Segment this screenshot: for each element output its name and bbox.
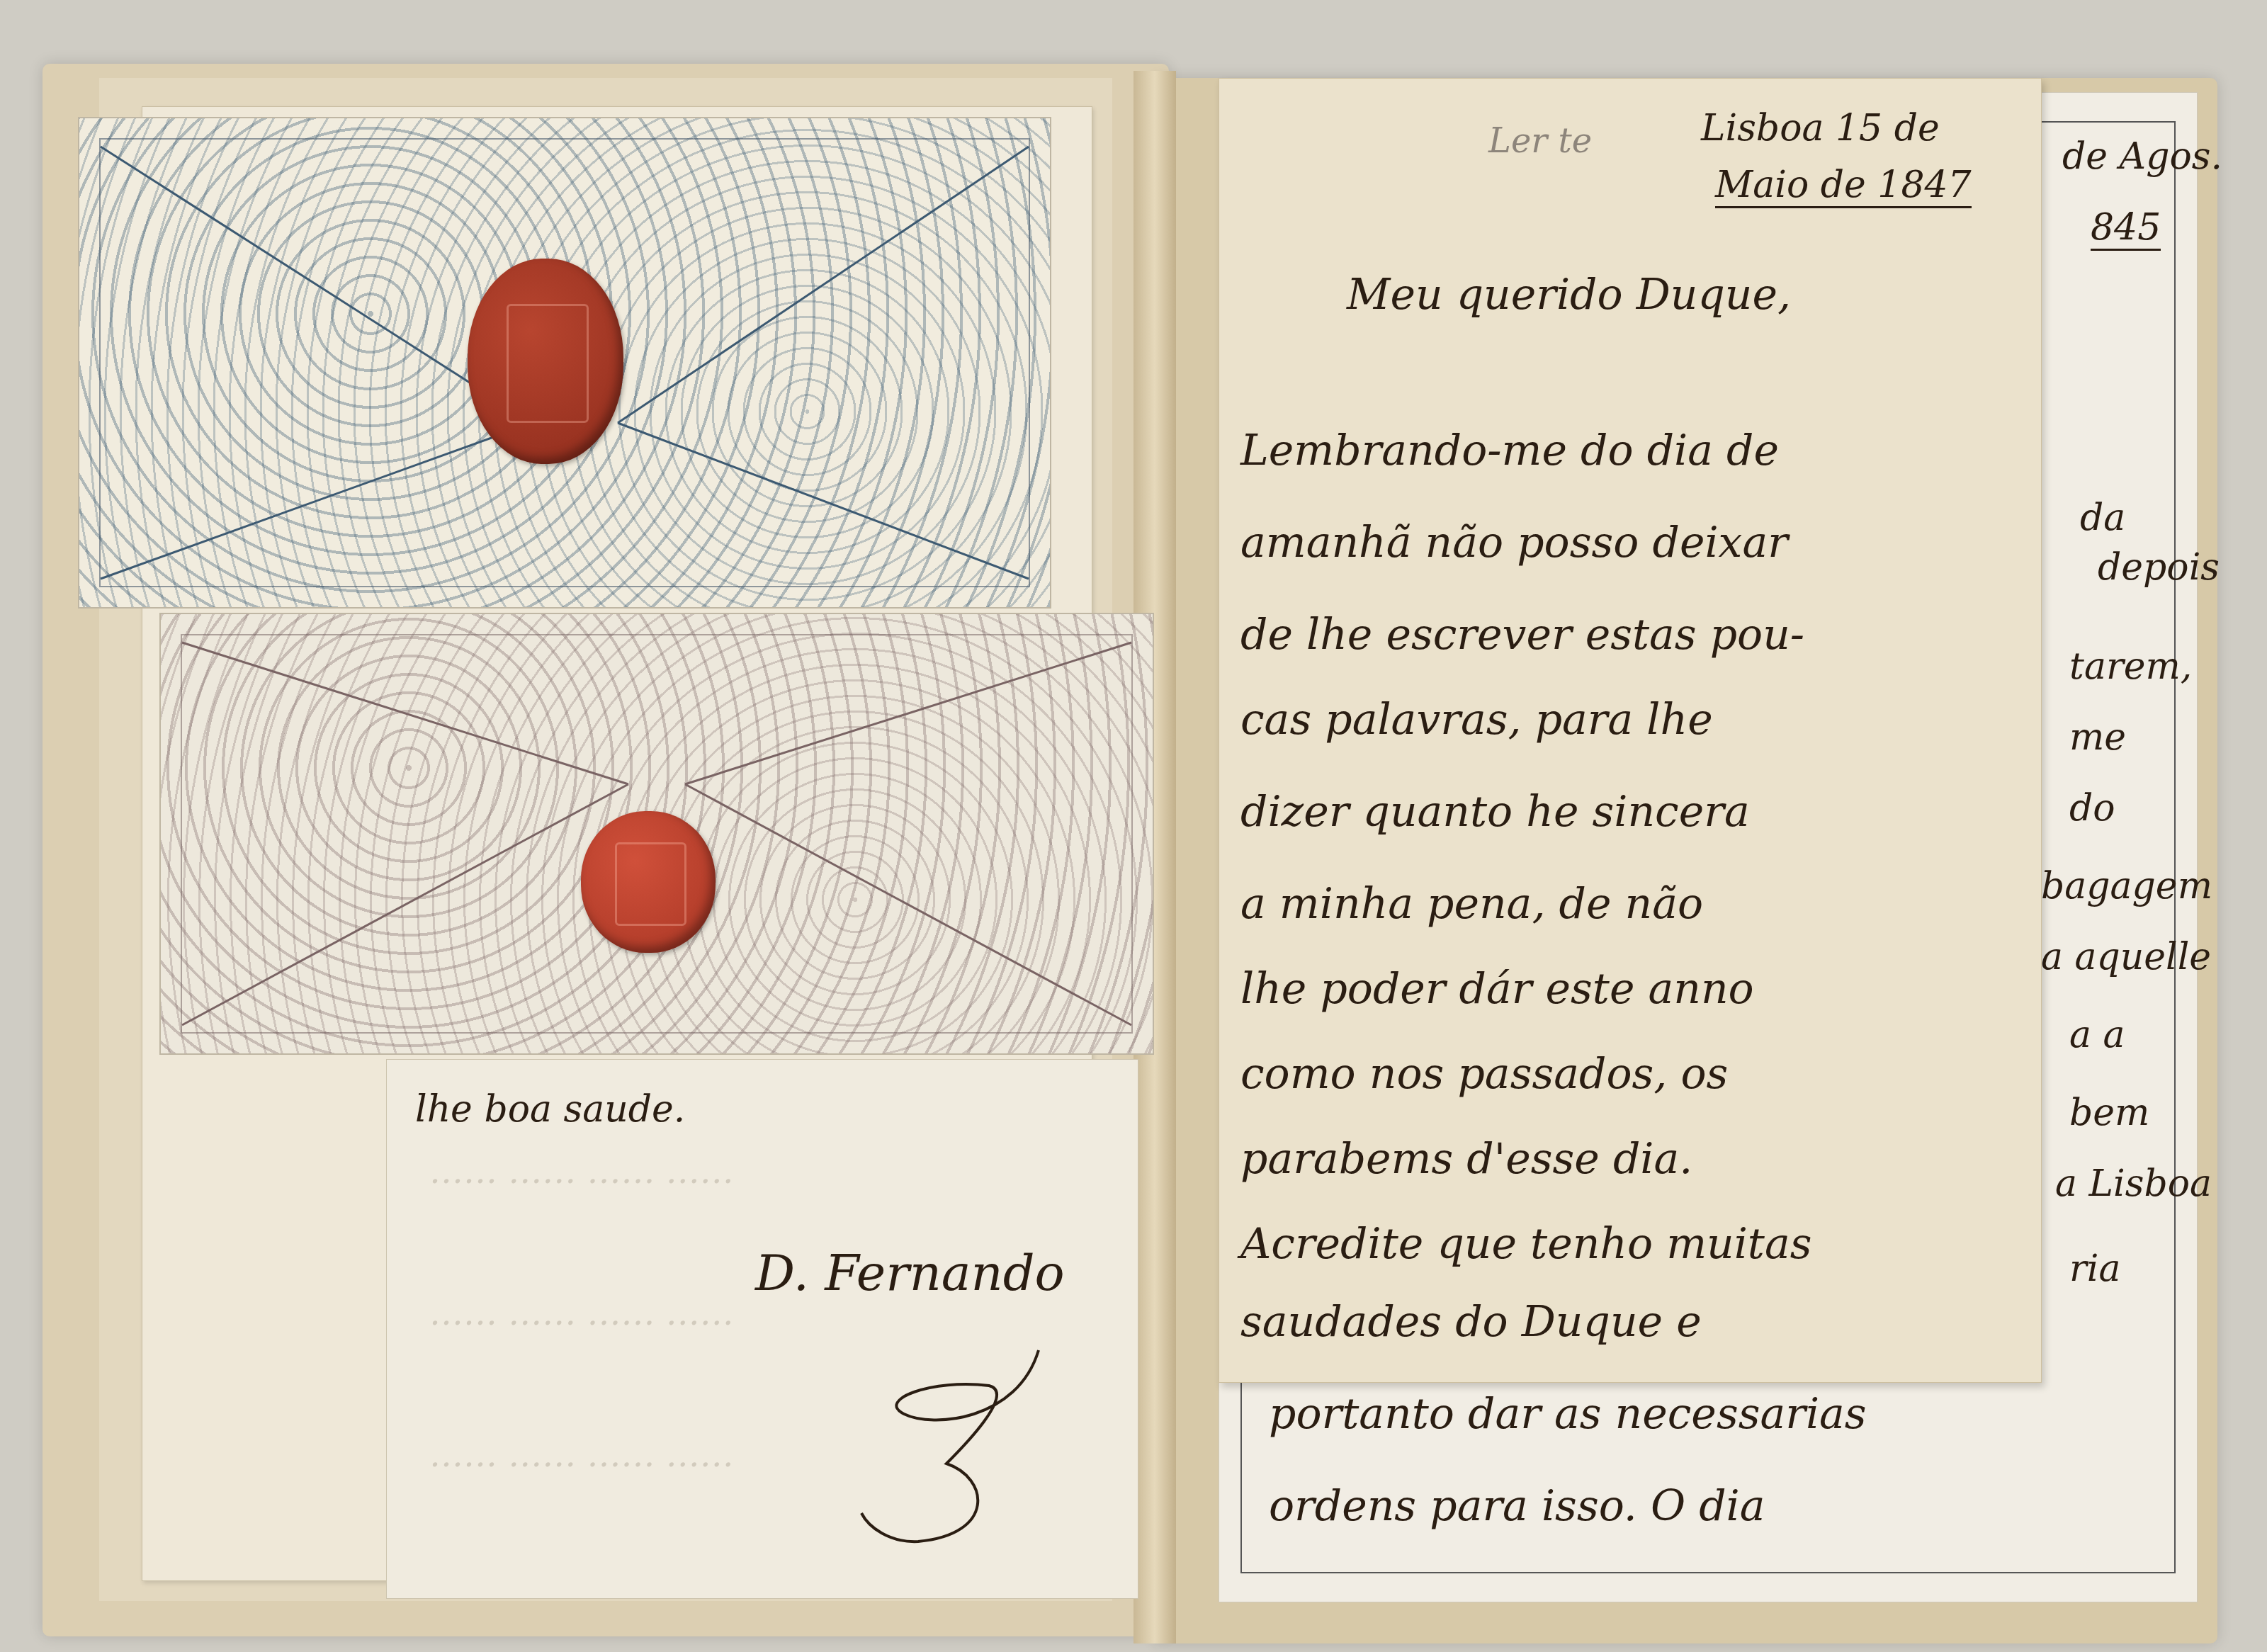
wax-seal-crest-icon: [468, 259, 623, 464]
bleed-through-text: …… …… …… ……: [429, 1152, 734, 1192]
signed-letter: …… …… …… …… …… …… …… …… …… …… …… …… lhe …: [386, 1059, 1138, 1599]
letter-line: saudades do Duque e: [1240, 1297, 1702, 1347]
letter-line: lhe poder dár este anno: [1240, 964, 1754, 1014]
bleed-through-text: …… …… …… ……: [429, 1294, 734, 1333]
letter-line: a minha pena, de não: [1240, 879, 1703, 929]
signature: D. Fernando: [755, 1244, 1065, 1302]
letter-line: portanto dar as necessarias: [1269, 1389, 1867, 1439]
text-fragment: me: [2069, 716, 2126, 759]
pencil-note: Ler te: [1488, 121, 1592, 161]
date-line: Lisboa 15 de: [1701, 107, 1940, 149]
text-fragment: depois: [2098, 546, 2220, 589]
crest-icon: [507, 304, 589, 423]
main-letter: Ler te Lisboa 15 de Maio de 1847 Meu que…: [1219, 78, 2042, 1383]
date-line: Maio de 1847: [1715, 164, 1972, 208]
wax-seal-crown-shield-icon: [581, 811, 716, 953]
bleed-through-text: …… …… …… ……: [429, 1435, 734, 1475]
signature-flourish-icon: [847, 1336, 1060, 1549]
letter-line: parabems d'esse dia.: [1240, 1134, 1692, 1184]
text-fragment: bem: [2069, 1092, 2149, 1134]
crest-icon: [615, 842, 686, 926]
text-fragment: a Lisboa: [2055, 1162, 2212, 1205]
letter-line: de lhe escrever estas pou-: [1240, 610, 1804, 660]
letter-line: Lembrando-me do dia de: [1240, 426, 1779, 475]
text-fragment: ria: [2069, 1248, 2121, 1290]
closing-line: lhe boa saude.: [415, 1088, 685, 1131]
text-fragment: tarem,: [2069, 645, 2192, 688]
text-fragment: do: [2069, 787, 2115, 830]
text-fragment: da: [2080, 497, 2125, 539]
letter-line: cas palavras, para lhe: [1240, 695, 1713, 745]
letter-line: Acredite que tenho muitas: [1240, 1219, 1812, 1269]
text-fragment: a aquelle: [2041, 936, 2211, 978]
date-fragment: de Agos.: [2062, 135, 2222, 178]
text-fragment: a a: [2069, 1014, 2125, 1056]
letter-line: ordens para isso. O dia: [1269, 1481, 1765, 1531]
letter-line: dizer quanto he sincera: [1240, 787, 1750, 837]
letter-line: amanhã não posso deixar: [1240, 518, 1788, 567]
text-fragment: bagagem: [2041, 865, 2212, 907]
letter-line: como nos passados, os: [1240, 1049, 1728, 1099]
year-fragment: 845: [2091, 206, 2161, 251]
salutation: Meu querido Duque,: [1347, 270, 1791, 319]
